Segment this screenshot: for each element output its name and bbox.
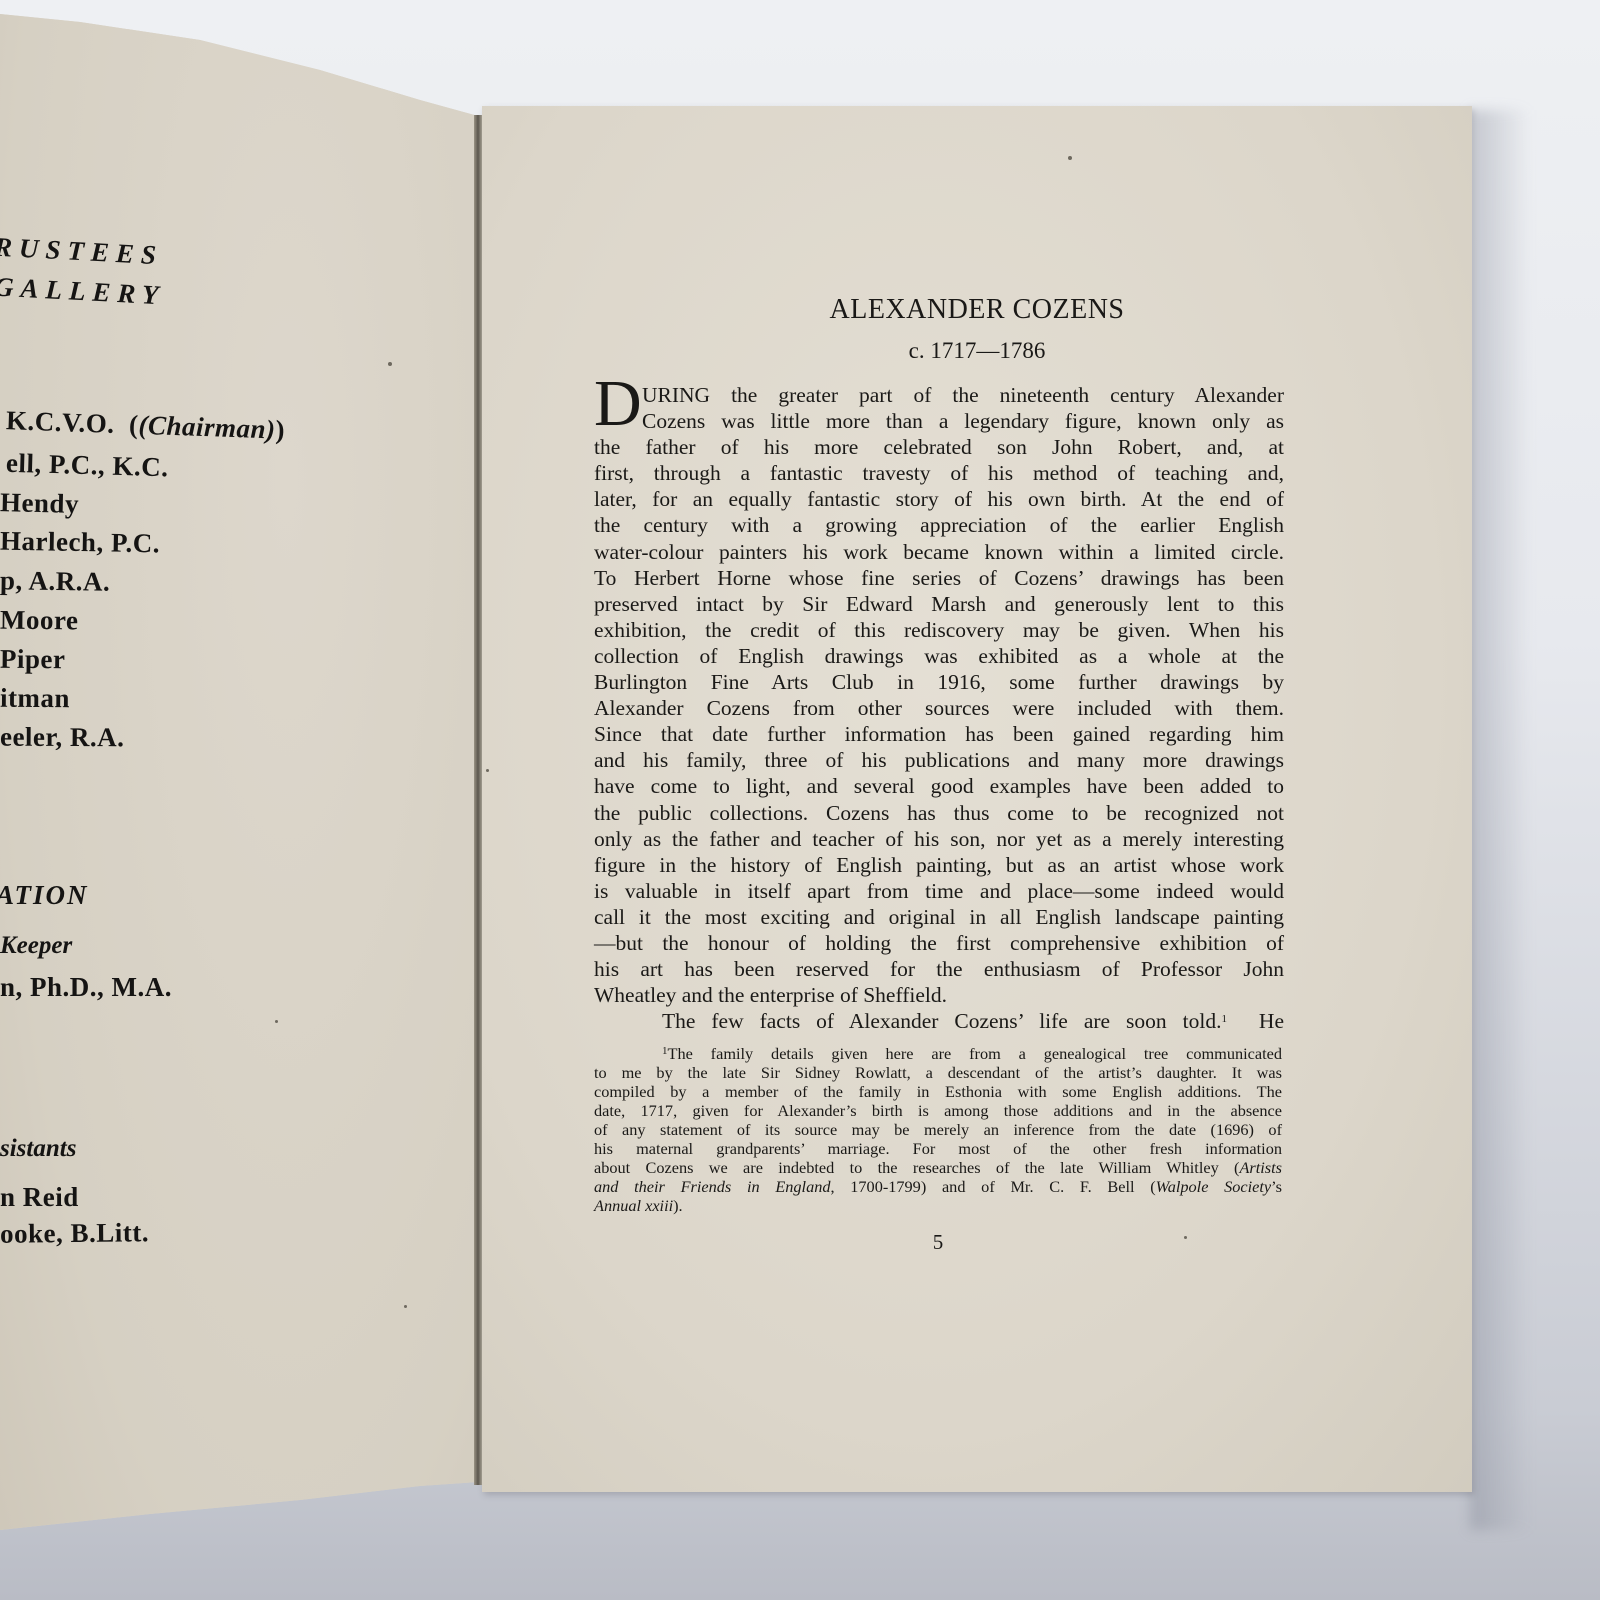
administration-heading: ATION	[0, 880, 89, 911]
footnote-italic: Artists	[1239, 1158, 1282, 1177]
paper-speck	[404, 1305, 407, 1308]
body-line: figure in the history of English paintin…	[594, 852, 1284, 878]
body-line: have come to light, and several good exa…	[594, 773, 1284, 799]
right-page: ALEXANDER COZENS c. 1717—1786 D URING th…	[482, 106, 1472, 1492]
body-line: Alexander Cozens from other sources were…	[594, 695, 1284, 721]
page-number: 5	[482, 1230, 1394, 1255]
body-line: the public collections. Cozens has thus …	[594, 800, 1284, 826]
footnote-line: of any statement of its source may be me…	[594, 1120, 1282, 1139]
footnote-text: , 1700-1799) and of Mr. C. F. Bell (	[831, 1177, 1156, 1196]
trustee-line-4: Harlech, P.C.	[0, 526, 160, 560]
assistant-line-1: n Reid	[0, 1182, 79, 1213]
book-spine-gutter	[474, 115, 482, 1485]
body-line: Cozens was little more than a legendary …	[594, 408, 1284, 434]
body-line: exhibition, the credit of this rediscove…	[594, 617, 1284, 643]
page-shadow	[1470, 110, 1530, 1530]
body-line: Wheatley and the enterprise of Sheffield…	[594, 982, 1284, 1008]
body-line: the century with a growing appreciation …	[594, 512, 1284, 538]
body-line: later, for an equally fantastic story of…	[594, 486, 1284, 512]
trustee-line-5: p, A.R.A.	[0, 565, 110, 598]
footnote-line: date, 1717, given for Alexander’s birth …	[594, 1101, 1282, 1120]
body-line: water-colour painters his work became kn…	[594, 539, 1284, 565]
left-page: RUSTEES GALLERY K.C.V.O. ((Chairman)) el…	[0, 0, 478, 1600]
continuation-text: The few facts of Alexander Cozens’ life …	[662, 1009, 1221, 1033]
trustees-heading: RUSTEES	[0, 232, 164, 272]
paper-speck	[275, 1020, 278, 1023]
footnote-marker: 1	[662, 1045, 668, 1057]
body-line: call it the most exciting and original i…	[594, 904, 1284, 930]
body-line: Burlington Fine Arts Club in 1916, some …	[594, 669, 1284, 695]
body-line: only as the father and teacher of his so…	[594, 826, 1284, 852]
footnote-line: compiled by a member of the family in Es…	[594, 1082, 1282, 1101]
footnote-line: about Cozens we are indebted to the rese…	[594, 1158, 1282, 1177]
paper-speck	[1184, 1236, 1187, 1239]
lifespan-dates: c. 1717—1786	[482, 338, 1472, 364]
body-line: URING the greater part of the nineteenth…	[594, 382, 1284, 408]
page-title: ALEXANDER COZENS	[482, 294, 1472, 326]
body-paragraph: URING the greater part of the nineteenth…	[594, 382, 1284, 1034]
trustee-line-6: Moore	[0, 605, 79, 637]
trustee-line-7: Piper	[0, 644, 66, 676]
footnote-line: his maternal grandparents’ marriage. For…	[594, 1139, 1282, 1158]
continuation-line: The few facts of Alexander Cozens’ life …	[594, 1008, 1284, 1034]
trustee-line-8: itman	[0, 683, 70, 714]
footnote-text: The family details given here are from a…	[668, 1044, 1283, 1063]
body-line: To Herbert Horne whose fine series of Co…	[594, 565, 1284, 591]
footnote-text: ’s	[1271, 1177, 1282, 1196]
gallery-heading: GALLERY	[0, 272, 166, 312]
footnote-italic: Annual xxiii	[594, 1196, 673, 1215]
body-line: first, through a fantastic travesty of h…	[594, 460, 1284, 486]
body-line: collection of English drawings was exhib…	[594, 643, 1284, 669]
footnote-line: to me by the late Sir Sidney Rowlatt, a …	[594, 1063, 1282, 1082]
paper-speck	[486, 769, 489, 772]
body-line: the father of his more celebrated son Jo…	[594, 434, 1284, 460]
footnote-line: and their Friends in England, 1700-1799)…	[594, 1177, 1282, 1196]
body-line: —but the honour of holding the first com…	[594, 930, 1284, 956]
keeper-name: n, Ph.D., M.A.	[0, 972, 172, 1003]
body-line: Since that date further information has …	[594, 721, 1284, 747]
trustee-line-9: eeler, R.A.	[0, 722, 125, 754]
body-line: is valuable in itself apart from time an…	[594, 878, 1284, 904]
body-line: his art has been reserved for the enthus…	[594, 956, 1284, 982]
body-line: and his family, three of his publication…	[594, 747, 1284, 773]
trustee-line-3: Hendy	[0, 487, 79, 520]
chairman-label: (Chairman)	[138, 410, 276, 445]
keeper-label: Keeper	[0, 932, 72, 960]
trustee-name: K.C.V.O.	[6, 405, 116, 439]
footnote-text: about Cozens we are indebted to the rese…	[594, 1158, 1239, 1177]
paper-speck	[1068, 156, 1072, 160]
assistants-label: sistants	[0, 1135, 76, 1163]
assistant-line-2: ooke, B.Litt.	[0, 1217, 149, 1250]
footnote-italic: and their Friends in England	[594, 1177, 831, 1196]
footnote: 1The family details given here are from …	[594, 1044, 1282, 1215]
footnote-italic: Walpole Society	[1156, 1177, 1271, 1196]
footnote-line: Annual xxiii).	[594, 1196, 1282, 1215]
continuation-end: He	[1259, 1009, 1284, 1033]
trustee-line-2: ell, P.C., K.C.	[6, 448, 169, 484]
body-line: preserved intact by Sir Edward Marsh and…	[594, 591, 1284, 617]
footnote-ref: 1	[1221, 1013, 1227, 1025]
paper-speck	[388, 362, 392, 366]
footnote-text: ).	[673, 1196, 683, 1215]
trustee-line-1: K.C.V.O. ((Chairman))	[6, 405, 286, 446]
footnote-line: 1The family details given here are from …	[594, 1044, 1282, 1063]
